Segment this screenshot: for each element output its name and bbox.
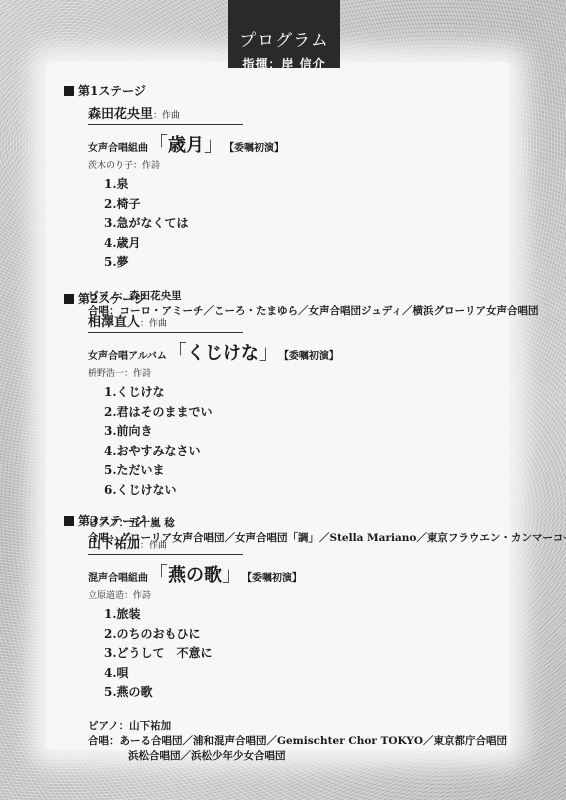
premiere-note: 【委嘱初演】 xyxy=(279,347,339,362)
close-bracket: 」 xyxy=(222,558,242,587)
work-prefix: 女声合唱組曲 xyxy=(88,139,148,154)
composer-name: 相澤直人 xyxy=(88,315,140,330)
program-header: プログラム 指揮：岸 信介 xyxy=(228,0,340,68)
work-title-line: 女声合唱組曲 「 歳月 」 【委嘱初演】 xyxy=(88,128,538,157)
track-item: 5.ただいま xyxy=(104,461,566,481)
stage-label: 第3ステージ xyxy=(78,512,146,529)
open-bracket: 「 xyxy=(148,128,168,157)
track-list: 1.泉 2.椅子 3.急がなくては 4.歳月 5.夢 xyxy=(104,175,538,273)
track-item: 2.君はそのままでい xyxy=(104,403,566,423)
choir-list-continued: 浜松合唱団／浜松少年少女合唱団 xyxy=(88,749,507,764)
track-item: 1.旅装 xyxy=(104,605,507,625)
track-item: 4.唄 xyxy=(104,664,507,684)
track-item: 5.燕の歌 xyxy=(104,683,507,703)
track-item: 3.前向き xyxy=(104,422,566,442)
stage-3: 第3ステージ 山下祐加：作曲 混声合唱組曲 「 燕の歌 」 【委嘱初演】 立原道… xyxy=(64,512,507,764)
track-item: 2.椅子 xyxy=(104,195,538,215)
track-item: 2.のちのおもひに xyxy=(104,625,507,645)
premiere-note: 【委嘱初演】 xyxy=(242,569,302,584)
track-item: 3.急がなくては xyxy=(104,214,538,234)
program-title: プログラム xyxy=(228,26,340,51)
track-item: 4.おやすみなさい xyxy=(104,442,566,462)
work-title: 燕の歌 xyxy=(168,561,222,587)
track-item: 1.くじけな xyxy=(104,383,566,403)
track-item: 1.泉 xyxy=(104,175,538,195)
choir-list: 合唱：あーる合唱団／浦和混声合唱団／Gemischter Chor TOKYO／… xyxy=(88,734,507,749)
stage-1: 第1ステージ 森田花央里：作曲 女声合唱組曲 「 歳月 」 【委嘱初演】 茨木の… xyxy=(64,82,538,319)
work-title-line: 女声合唱アルバム 「 くじけな 」 【委嘱初演】 xyxy=(88,336,566,365)
composer-role: ：作曲 xyxy=(140,541,167,551)
square-bullet-icon xyxy=(64,294,74,304)
stage-2: 第2ステージ 相澤直人：作曲 女声合唱アルバム 「 くじけな 」 【委嘱初演】 … xyxy=(64,290,566,546)
square-bullet-icon xyxy=(64,86,74,96)
track-item: 6.くじけない xyxy=(104,481,566,501)
stage-heading: 第2ステージ xyxy=(64,290,566,307)
work-prefix: 混声合唱組曲 xyxy=(88,569,148,584)
composer-role: ：作曲 xyxy=(153,111,180,121)
stage-label: 第1ステージ xyxy=(78,82,146,99)
work-title-line: 混声合唱組曲 「 燕の歌 」 【委嘱初演】 xyxy=(88,558,507,587)
composer-name: 山下祐加 xyxy=(88,537,140,552)
track-item: 5.夢 xyxy=(104,253,538,273)
pianist: ピアノ：山下祐加 xyxy=(88,719,507,734)
work-title: くじけな xyxy=(187,339,259,365)
conductor-line: 指揮：岸 信介 xyxy=(228,55,340,72)
composer-name: 森田花央里 xyxy=(88,107,153,122)
composer-role: ：作曲 xyxy=(140,319,167,329)
composer: 相澤直人：作曲 xyxy=(88,311,243,333)
work-prefix: 女声合唱アルバム xyxy=(88,347,167,362)
track-list: 1.旅装 2.のちのおもひに 3.どうして 不意に 4.唄 5.燕の歌 xyxy=(104,605,507,703)
track-item: 3.どうして 不意に xyxy=(104,644,507,664)
stage-heading: 第1ステージ xyxy=(64,82,538,99)
close-bracket: 」 xyxy=(259,336,279,365)
composer: 森田花央里：作曲 xyxy=(88,103,243,125)
lyricist: 立原道造：作詩 xyxy=(88,588,507,601)
open-bracket: 「 xyxy=(148,558,168,587)
composer: 山下祐加：作曲 xyxy=(88,533,243,555)
work-title: 歳月 xyxy=(168,131,204,157)
premiere-note: 【委嘱初演】 xyxy=(224,139,284,154)
close-bracket: 」 xyxy=(204,128,224,157)
lyricist: 茨木のり子：作詩 xyxy=(88,158,538,171)
square-bullet-icon xyxy=(64,516,74,526)
open-bracket: 「 xyxy=(167,336,187,365)
stage-heading: 第3ステージ xyxy=(64,512,507,529)
lyricist: 枡野浩一：作詩 xyxy=(88,366,566,379)
track-list: 1.くじけな 2.君はそのままでい 3.前向き 4.おやすみなさい 5.ただいま… xyxy=(104,383,566,500)
track-item: 4.歳月 xyxy=(104,234,538,254)
stage-label: 第2ステージ xyxy=(78,290,146,307)
